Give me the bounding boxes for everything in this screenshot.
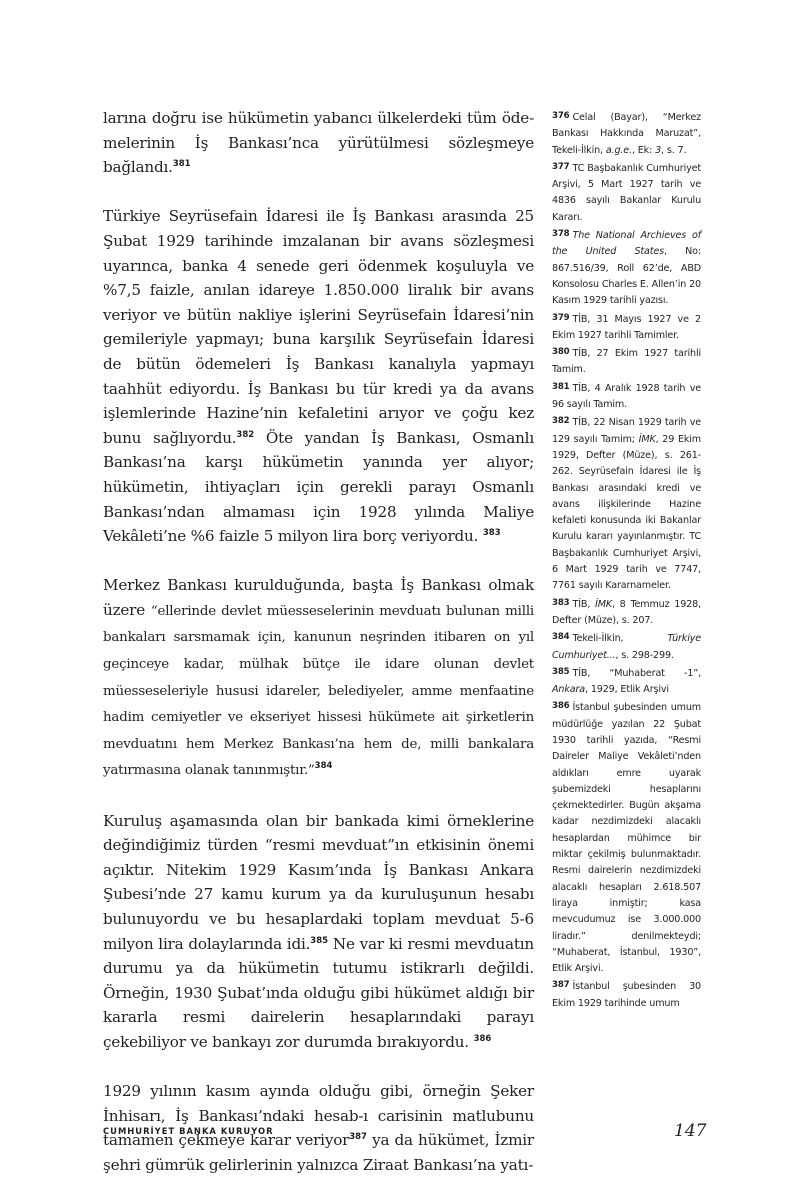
footnote-reference[interactable]: 386 — [474, 1034, 492, 1044]
sidenote: 378The National Archieves of the United … — [552, 226, 701, 309]
sidenote-number: 378 — [552, 229, 570, 239]
footnote-reference[interactable]: 383 — [483, 528, 501, 538]
page-number: 147 — [674, 1121, 706, 1141]
footnote-reference[interactable]: 385 — [310, 936, 328, 946]
sidenote: 379TİB, 31 Mayıs 1927 ve 2 Ekim 1927 tar… — [552, 310, 701, 345]
sidenote: 380TİB, 27 Ekim 1927 tarihli Tamim. — [552, 344, 701, 379]
sidenote-number: 380 — [552, 347, 570, 357]
sidenote: 377TC Başbakanlık Cumhuriyet Arşivi, 5 M… — [552, 159, 701, 226]
sidenote-text: , 29 Ekim 1929, Defter (Müze), s. 261-26… — [552, 434, 701, 592]
paragraph-text: Türkiye Seyrüsefain İdaresi ile İş Banka… — [103, 207, 534, 446]
sidenote: 385TİB, “Muhaberat -1”, Ankara, 1929, Et… — [552, 664, 701, 699]
sidenote-number: 386 — [552, 701, 570, 711]
sidenote-text: İstanbul şubesinden 30 Ekim 1929 tarihin… — [552, 981, 701, 1008]
sidenote-italic-text: Ankara — [552, 684, 585, 695]
sidenote: 386İstanbul şubesinden umum müdürlüğe ya… — [552, 698, 701, 977]
sidenote: 376Celal (Bayar), “Merkez Bankası Hakkın… — [552, 108, 701, 159]
sidenote-text: TC Başbakanlık Cumhuriyet Arşivi, 5 Mart… — [552, 163, 701, 223]
sidenote-italic-text: İMK — [595, 599, 612, 610]
block-quote-text: “ellerinde devlet müesseselerinin mevdua… — [103, 604, 534, 779]
sidenote: 382TİB, 22 Nisan 1929 tarih ve 129 sayıl… — [552, 413, 701, 594]
sidenote: 387İstanbul şubesinden 30 Ekim 1929 tari… — [552, 977, 701, 1012]
sidenote-number: 382 — [552, 416, 570, 426]
footnote-reference[interactable]: 381 — [173, 159, 191, 169]
sidenote-text: TİB, “Muhaberat -1”, — [573, 668, 702, 679]
footnote-reference[interactable]: 382 — [236, 430, 254, 440]
sidenote-number: 387 — [552, 980, 570, 990]
sidenote-text: , s. 298-299. — [615, 650, 673, 661]
sidenote-text: , 1929, Etlik Arşivi — [585, 684, 669, 695]
sidenote-text: TİB, 31 Mayıs 1927 ve 2 Ekim 1927 tarihl… — [552, 314, 701, 341]
footnote-reference[interactable]: 387 — [349, 1132, 367, 1142]
sidenote-text: TİB, — [573, 599, 596, 610]
sidenote-number: 384 — [552, 632, 570, 642]
running-title: CUMHURİYET BANKA KURUYOR — [103, 1126, 274, 1136]
sidenote-number: 385 — [552, 667, 570, 677]
paragraph-text: Kuruluş aşamasında olan bir bankada kimi… — [103, 812, 534, 953]
paragraph-text: larına doğru ise hükümetin yabancı ülkel… — [103, 109, 534, 176]
sidenote-number: 383 — [552, 598, 570, 608]
sidenote-number: 381 — [552, 382, 570, 392]
sidenote-italic-text: a.g.e. — [606, 145, 632, 156]
sidenote-text: Tekeli-İlkin, — [573, 633, 668, 644]
sidenote: 383TİB, İMK, 8 Temmuz 1928, Defter (Müze… — [552, 595, 701, 630]
body-paragraph: Türkiye Seyrüsefain İdaresi ile İş Banka… — [103, 204, 534, 548]
sidenote-italic-text: İMK — [639, 434, 656, 445]
sidenotes-column: 376Celal (Bayar), “Merkez Bankası Hakkın… — [552, 108, 701, 1012]
footnote-reference[interactable]: 384 — [315, 761, 333, 771]
sidenote-text: İstanbul şubesinden umum müdürlüğe yazıl… — [552, 702, 701, 974]
sidenote-text: TİB, 27 Ekim 1927 tarihli Tamim. — [552, 348, 701, 375]
sidenote-text: , Ek: — [632, 145, 655, 156]
main-text-column: larına doğru ise hükümetin yabancı ülkel… — [103, 106, 534, 1178]
body-paragraph: Merkez Bankası kurulduğunda, başta İş Ba… — [103, 573, 534, 784]
sidenote: 381TİB, 4 Aralık 1928 tarih ve 96 sayılı… — [552, 379, 701, 414]
body-paragraph: Kuruluş aşamasında olan bir bankada kimi… — [103, 809, 534, 1055]
body-paragraph: larına doğru ise hükümetin yabancı ülkel… — [103, 106, 534, 180]
sidenote-text: , s. 7. — [661, 145, 686, 156]
sidenote-number: 377 — [552, 162, 570, 172]
sidenote-number: 376 — [552, 111, 570, 121]
sidenote: 384Tekeli-İlkin, Türkiye Cumhuriyet..., … — [552, 629, 701, 664]
sidenote-number: 379 — [552, 313, 570, 323]
sidenote-text: TİB, 4 Aralık 1928 tarih ve 96 sayılı Ta… — [552, 383, 701, 410]
